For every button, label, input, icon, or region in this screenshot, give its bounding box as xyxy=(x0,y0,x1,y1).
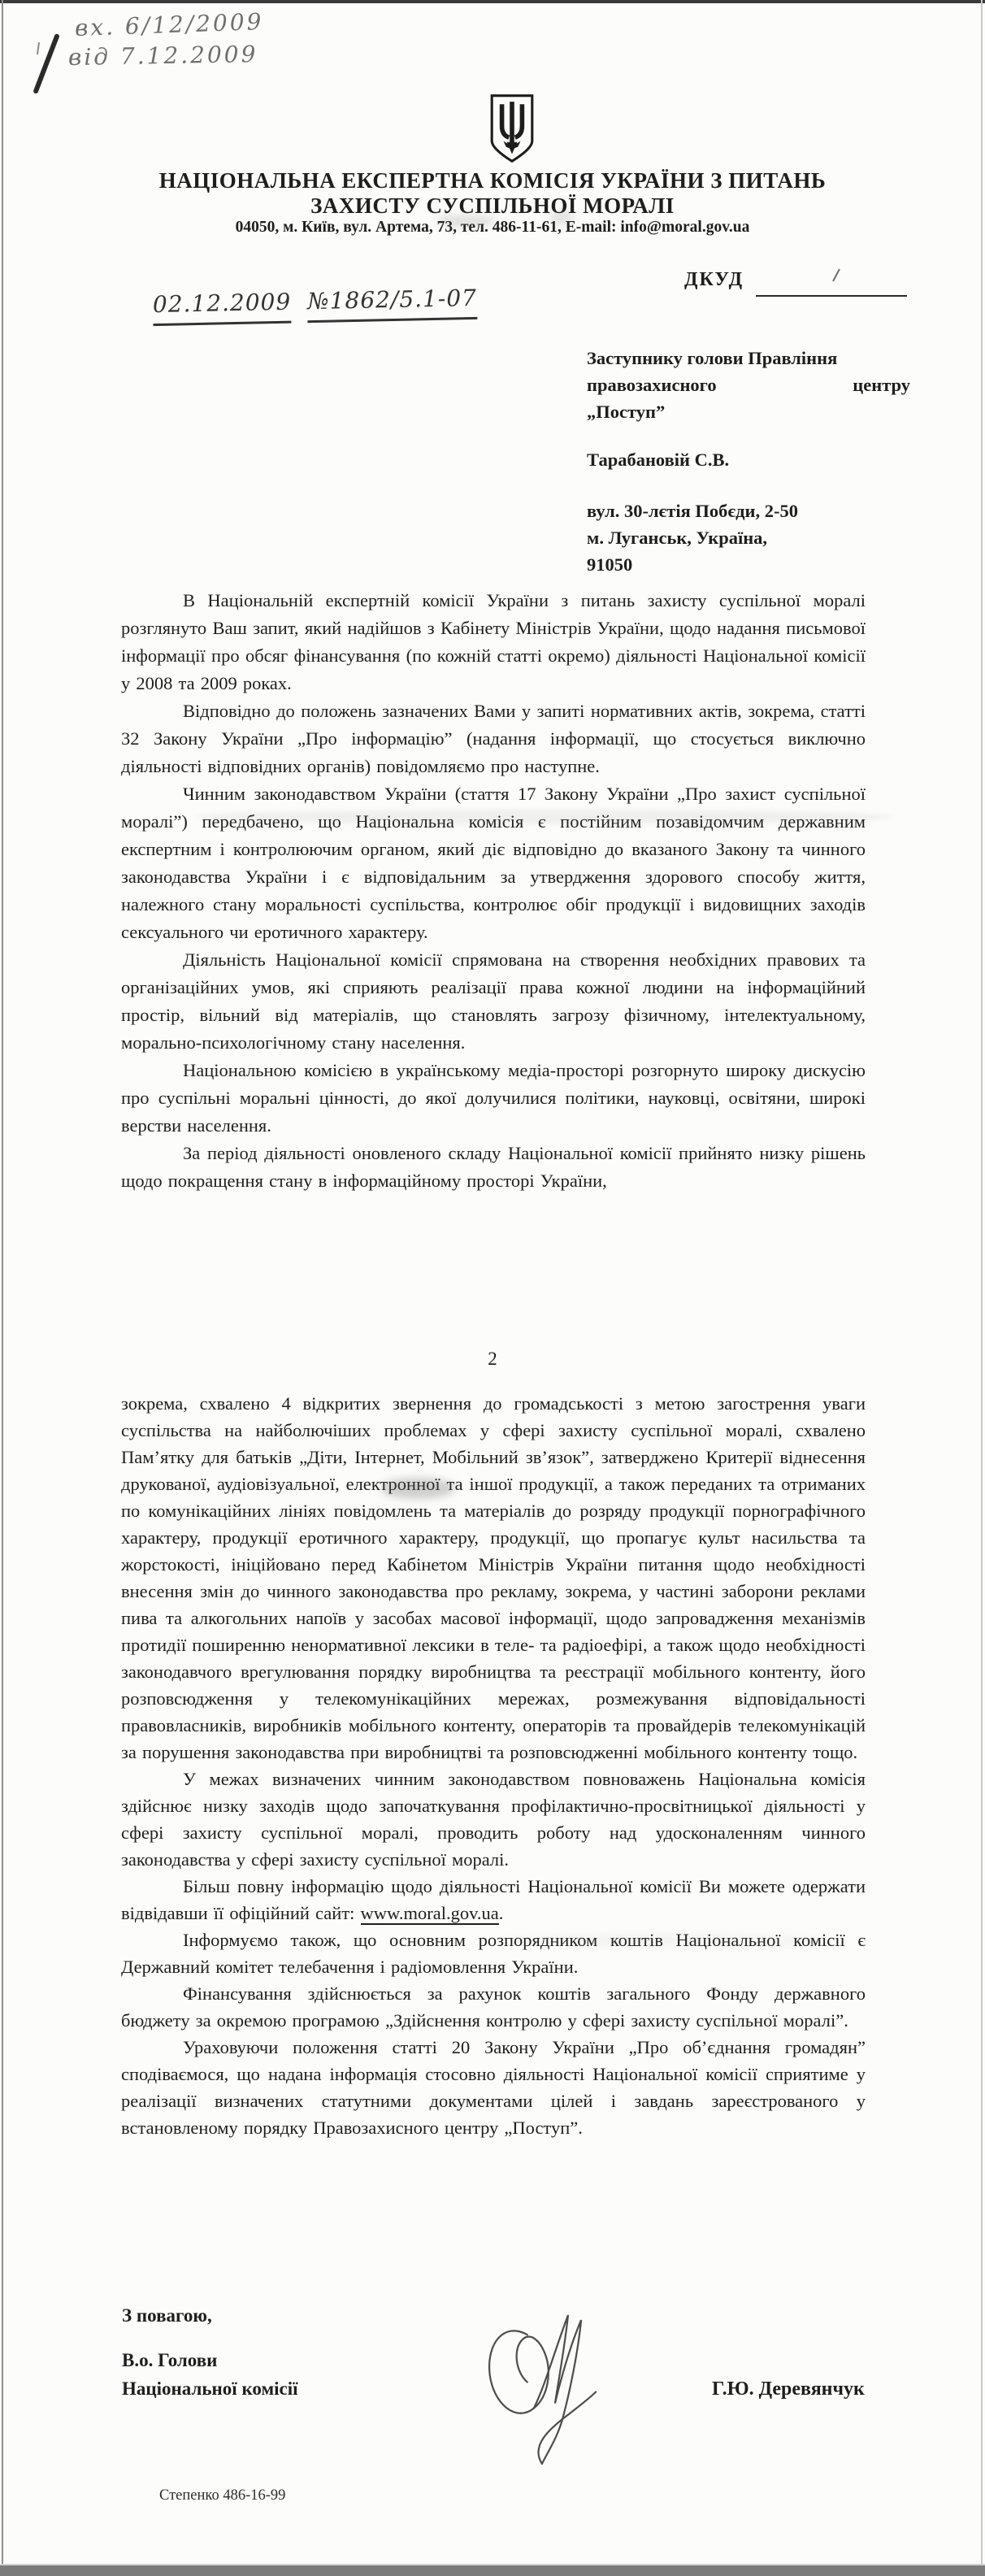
handwritten-signature xyxy=(479,2307,652,2474)
scan-smudge xyxy=(549,211,574,225)
scan-edge-right xyxy=(981,0,983,2576)
dkud-label: ДКУД xyxy=(684,269,744,291)
moral-gov-ua-link: www.moral.gov.ua xyxy=(361,1903,499,1925)
recipient-name: Тарабановій С.В. xyxy=(587,446,910,473)
body-paragraph-final: Ураховуючи положення статті 20 Закону Ук… xyxy=(121,2034,866,2141)
body-paragraph-1: В Національній експертній комісії Україн… xyxy=(121,587,866,697)
signer-title-line2: Національної комісії xyxy=(122,2374,298,2403)
body-paragraph-financing: Фінансування здійснюється за рахунок кош… xyxy=(121,1980,866,2034)
pen-stroke-mark xyxy=(33,33,60,94)
scanned-letter-page: вх. 6/12/2009 від 7.12.2009 НАЦІОНАЛЬНА … xyxy=(0,0,985,2576)
recipient-line2-right: центру xyxy=(853,371,910,398)
recipient-address-line1: вул. 30-лєтія Побєди, 2-50 xyxy=(587,497,910,524)
recipient-line2-left: правозахисного xyxy=(587,371,717,398)
body-paragraph-continuation: зокрема, схвалено 4 відкритих звернення … xyxy=(121,1390,866,1766)
handwritten-incoming-date: від 7.12.2009 xyxy=(68,41,258,71)
organization-name: НАЦІОНАЛЬНА ЕКСПЕРТНА КОМІСІЯ УКРАЇНИ З … xyxy=(0,168,985,219)
body-paragraph-2: Відповідно до положень зазначених Вами у… xyxy=(121,697,866,780)
scan-edge-left xyxy=(2,0,3,2576)
scan-edge-top xyxy=(0,0,985,3)
page1-body: В Національній експертній комісії Україн… xyxy=(121,587,866,1195)
body-paragraph-website: Більш повну інформацію щодо діяльності Н… xyxy=(121,1873,866,1927)
body-paragraph-6: За період діяльності оновленого складу Н… xyxy=(121,1140,866,1195)
executor-note: Степенко 486-16-99 xyxy=(159,2487,285,2504)
handwritten-incoming-number: вх. 6/12/2009 xyxy=(74,8,263,41)
pen-tick-right xyxy=(832,269,840,282)
page2-body: зокрема, схвалено 4 відкритих звернення … xyxy=(121,1390,866,2141)
closing-salutation: З повагою, xyxy=(122,2305,212,2326)
body-paragraph-powers: У межах визначених чинним законодавством… xyxy=(121,1766,866,1873)
registration-date: 02.12.2009 xyxy=(153,289,292,327)
body-paragraph-3: Чинним законодавством України (стаття 17… xyxy=(121,780,866,946)
pen-tick-mark xyxy=(37,42,40,54)
registration-number: №1862/5.1-07 xyxy=(307,285,478,323)
signer-title: В.о. Голови Національної комісії xyxy=(122,2346,298,2403)
dkud-blank-line xyxy=(756,295,907,297)
body-paragraph-4: Діяльність Національної комісії спрямова… xyxy=(121,946,866,1057)
website-sentence-end: . xyxy=(499,1903,504,1923)
scan-smudge xyxy=(436,215,496,228)
recipient-address-line2: м. Луганськ, Україна, xyxy=(587,524,910,551)
body-paragraph-funds-manager: Інформуємо також, що основним розпорядни… xyxy=(121,1927,866,1980)
scan-smudge xyxy=(380,1478,455,1499)
recipient-line3: „Поступ” xyxy=(587,398,910,425)
scan-edge-bottom xyxy=(0,2564,985,2576)
recipient-address-line3: 91050 xyxy=(587,551,910,578)
ukraine-trident-emblem-icon xyxy=(487,91,537,166)
organization-name-line2: ЗАХИСТУ СУСПІЛЬНОЇ МОРАЛІ xyxy=(0,193,985,219)
recipient-block: Заступнику голови Правління правозахисно… xyxy=(587,345,910,578)
page-number: 2 xyxy=(0,1349,985,1370)
handwritten-registration-stamp: 02.12.2009 №1862/5.1-07 xyxy=(153,285,478,326)
recipient-line2: правозахисного центру xyxy=(587,371,910,398)
organization-name-line1: НАЦІОНАЛЬНА ЕКСПЕРТНА КОМІСІЯ УКРАЇНИ З … xyxy=(0,168,985,193)
scan-smudge xyxy=(504,1935,829,1946)
recipient-line1: Заступнику голови Правління xyxy=(587,345,910,371)
body-paragraph-5: Національною комісією в українському мед… xyxy=(121,1057,866,1140)
signer-name: Г.Ю. Деревянчук xyxy=(712,2378,865,2400)
signer-title-line1: В.о. Голови xyxy=(122,2346,298,2374)
scan-smudge xyxy=(195,810,894,824)
